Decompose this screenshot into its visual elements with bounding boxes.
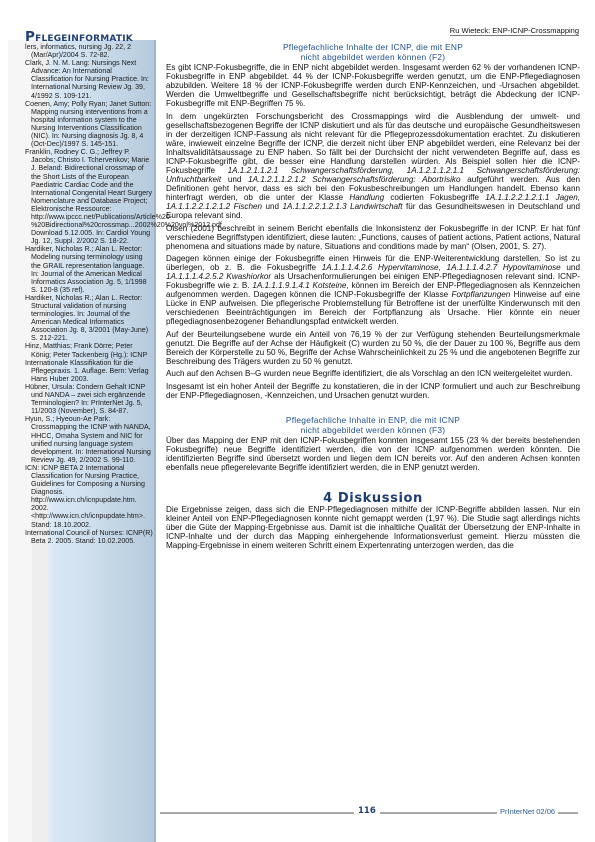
reference-item: Hardiker, Nicholas R.; Alan L. Rector: M…: [25, 245, 153, 294]
reference-item: Internationale Klassifikation für die Pf…: [25, 359, 153, 383]
reference-item: Hübner, Ursula: Condern Gehalt ICNP und …: [25, 383, 153, 415]
paragraph: Insgesamt ist ein hoher Anteil der Begri…: [166, 382, 580, 400]
reference-item: ICN: ICNP BETA 2 International Classific…: [25, 464, 153, 529]
reference-item: International Council of Nurses: ICNP(R)…: [25, 529, 153, 545]
reference-item: Hinz, Matthias; Frank Dörre; Peter König…: [25, 342, 153, 358]
paragraph: Über das Mapping der ENP mit den ICNP-Fo…: [166, 436, 580, 472]
paragraph: In dem ungekürzten Forschungsbericht des…: [166, 112, 580, 221]
main-column: Pflegefachliche Inhalte der ICNP, die mi…: [166, 43, 580, 553]
reference-item: Hyun, S.; Hyeoun-Ae Park: Crossmapping t…: [25, 415, 153, 464]
section-f2-heading-line2: nicht abgebildet werden können (F2): [166, 53, 580, 63]
reference-item: Clark, J. N. M. Lang: Nursings Next Adva…: [25, 59, 153, 99]
reference-item: Franklin, Rodney C. G.; Jeffrey P. Jacob…: [25, 148, 153, 245]
running-head: Ru Wieteck: ENP-ICNP-Crossmapping: [450, 26, 579, 36]
page-number: 116: [354, 806, 380, 816]
reference-list: lers, informatics, nursing Jg. 22, 2 (Ma…: [25, 43, 153, 545]
section-f3-heading: Pflegefachliche Inhalte in ENP, die mit …: [166, 416, 580, 435]
paragraph: Die Ergebnisse zeigen, dass sich die ENP…: [166, 505, 580, 550]
spacer: [166, 403, 580, 416]
section-f3-heading-line2: nicht abgebildet werden können (F3): [166, 426, 580, 436]
issue-label: PrInterNet 02/06: [497, 807, 558, 816]
reference-item: Hardiker, Nicholas R.; Alan L. Rector: S…: [25, 294, 153, 343]
paragraph: Es gibt ICNP-Fokusbegriffe, die in ENP n…: [166, 63, 580, 108]
spacer: [166, 476, 580, 490]
paragraph: Dagegen können einige der Fokusbegriffe …: [166, 254, 580, 326]
paragraph: Olsen (2001) beschreibt in seinem Berich…: [166, 224, 580, 251]
section-f2-heading: Pflegefachliche Inhalte der ICNP, die mi…: [166, 43, 580, 62]
reference-item: lers, informatics, nursing Jg. 22, 2 (Ma…: [25, 43, 153, 59]
paragraph: Auf der Beurteilungsebene wurde ein Ante…: [166, 330, 580, 366]
sidebar-edge: [154, 40, 156, 842]
paragraph: Auch auf den Achsen B–G wurden neue Begr…: [166, 369, 580, 378]
reference-item: Coenen, Amy; Polly Ryan; Janet Sutton: M…: [25, 100, 153, 149]
section-title-discussion: 4 Diskussion: [166, 494, 580, 503]
